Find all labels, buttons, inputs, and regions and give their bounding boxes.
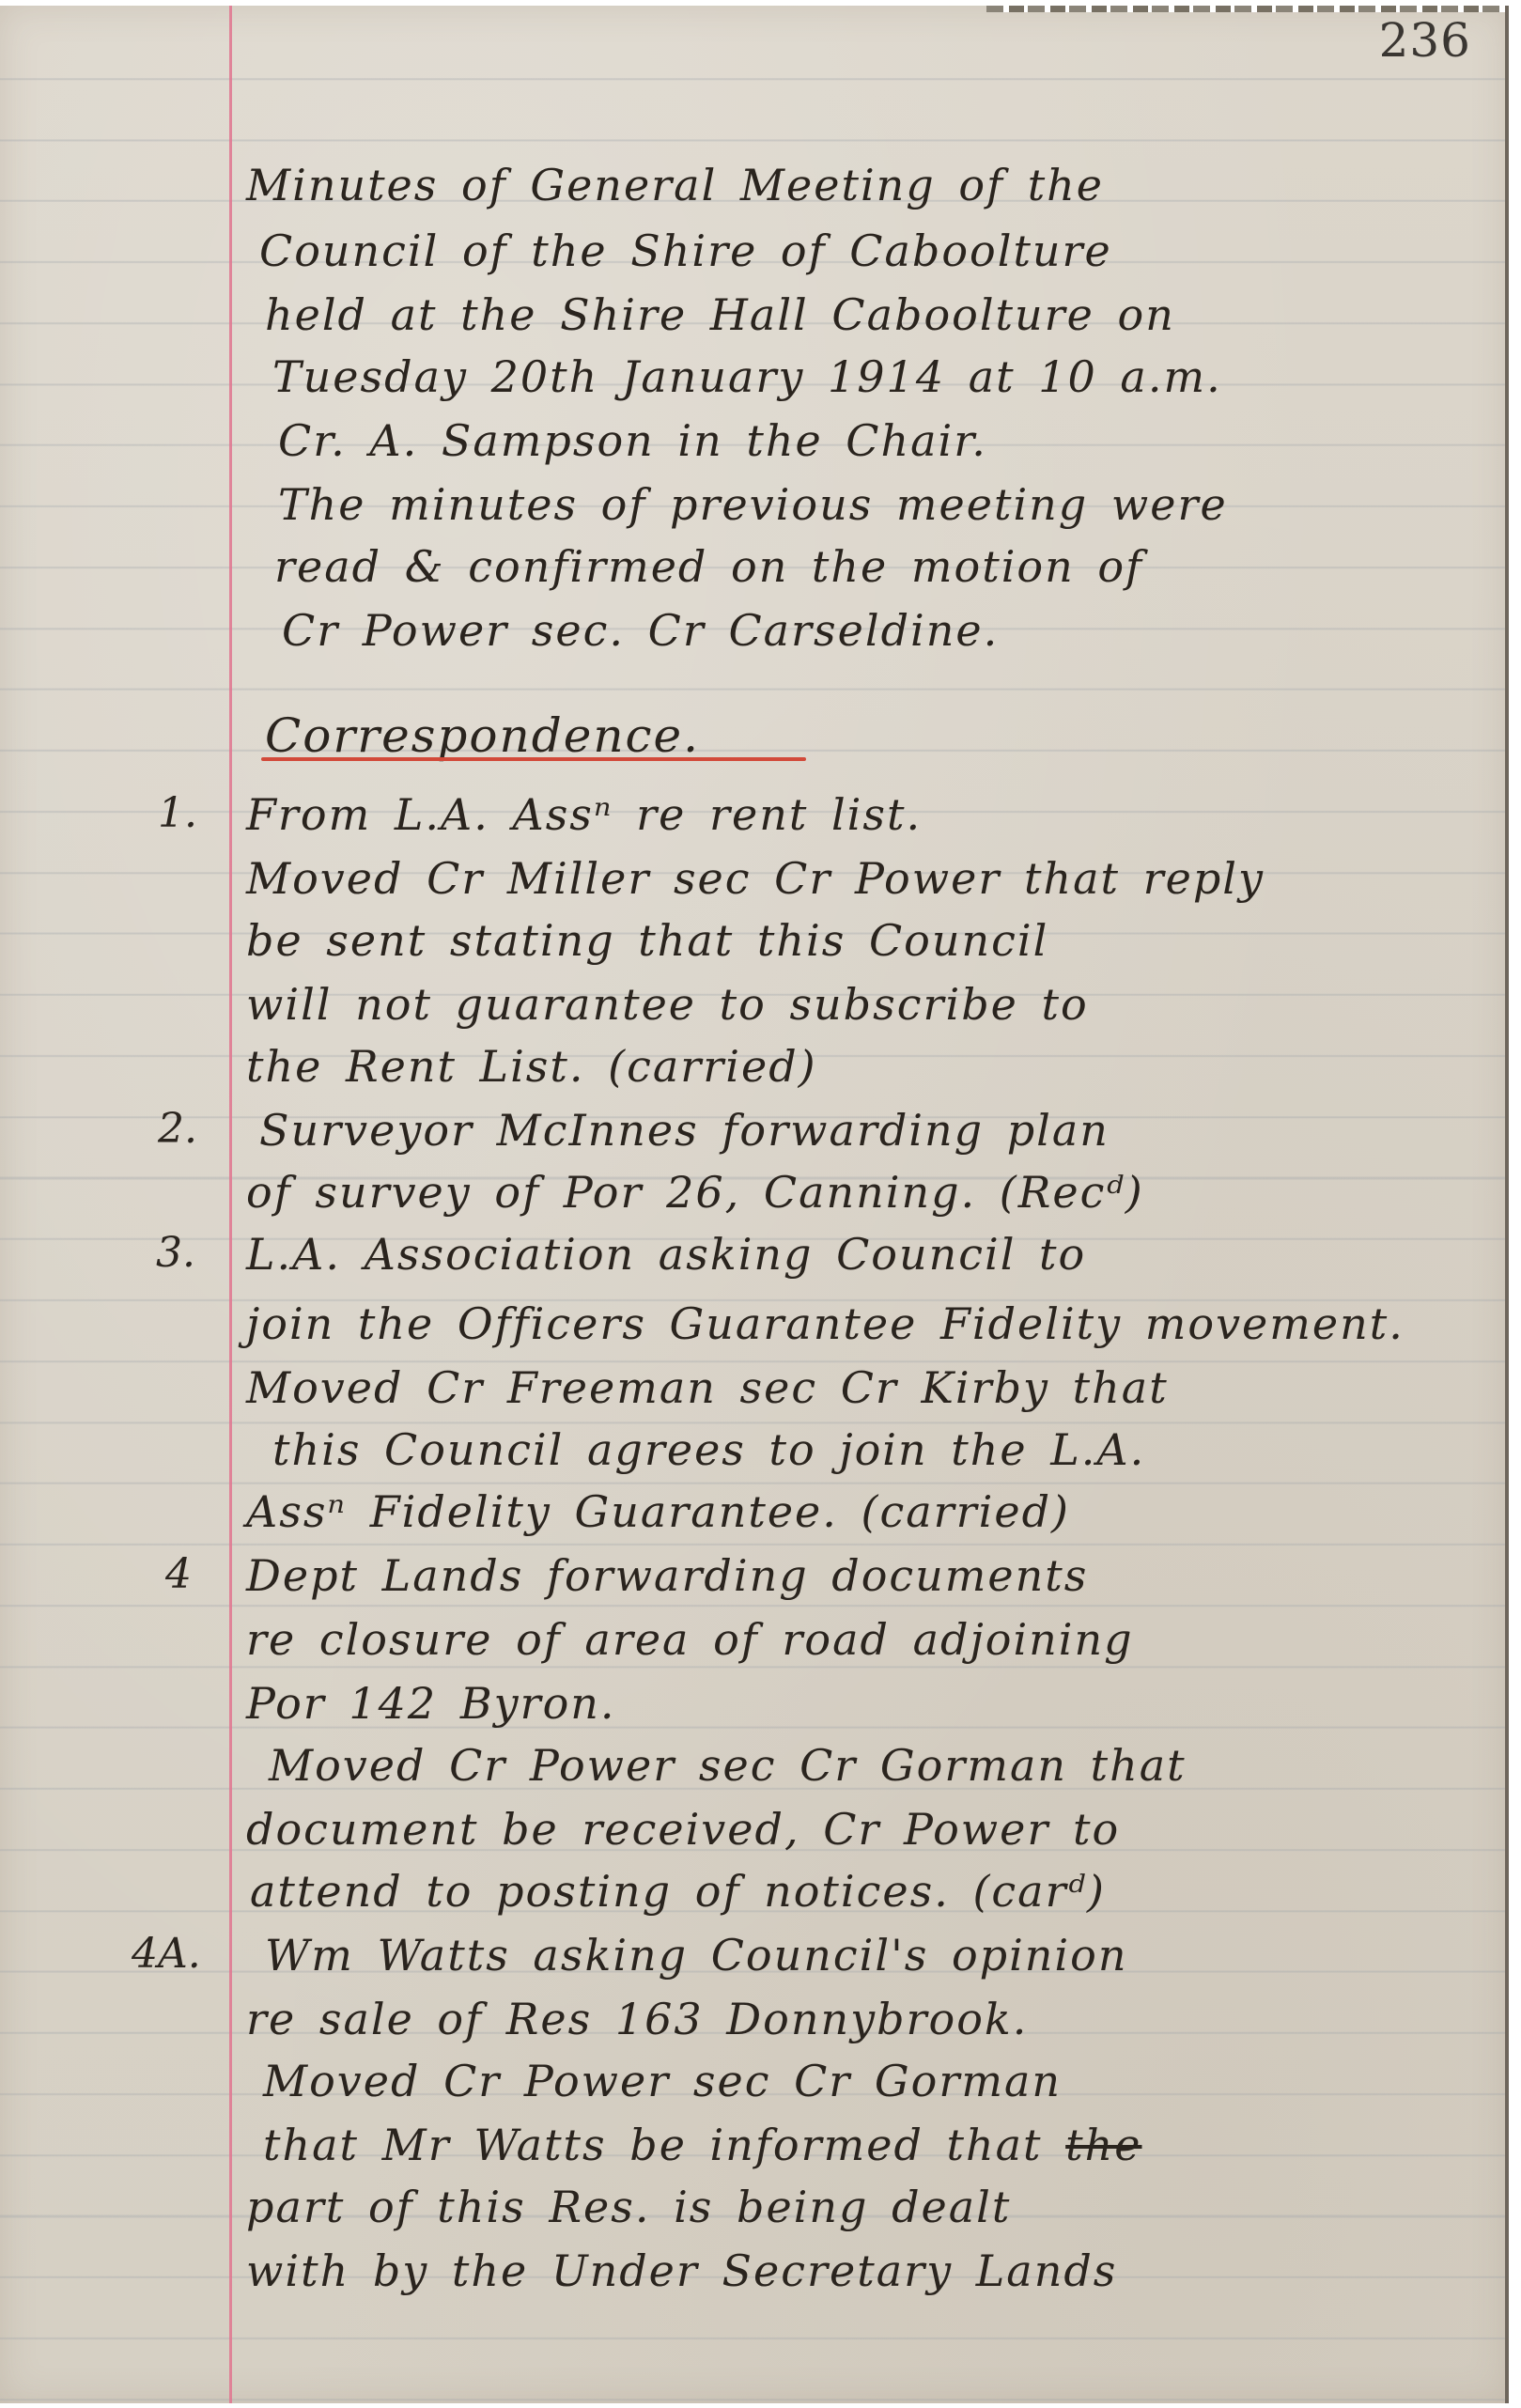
item-3-line-4: this Council agrees to join the L.A. bbox=[272, 1428, 1145, 1471]
item-1-line-2: Moved Cr Miller sec Cr Power that reply bbox=[246, 857, 1265, 900]
item-2-line-2: of survey of Por 26, Canning. (Recᵈ) bbox=[246, 1171, 1144, 1214]
item-4-line-4: Moved Cr Power sec Cr Gorman that bbox=[269, 1744, 1187, 1787]
item-3-line-2: join the Officers Guarantee Fidelity mov… bbox=[246, 1302, 1405, 1345]
item-4-line-6: attend to posting of notices. (carᵈ) bbox=[250, 1870, 1106, 1913]
item-4a-line-3: Moved Cr Power sec Cr Gorman bbox=[263, 2059, 1062, 2103]
chair-line: Cr. A. Sampson in the Chair. bbox=[278, 419, 987, 462]
item-4a-line-6: with by the Under Secretary Lands bbox=[246, 2249, 1117, 2292]
item-3-line-1: L.A. Association asking Council to bbox=[246, 1233, 1086, 1276]
page-number: 236 bbox=[1379, 13, 1471, 68]
item-1-line-1: From L.A. Assⁿ re rent list. bbox=[246, 793, 922, 836]
red-margin-line bbox=[229, 6, 232, 2403]
item-3-line-3: Moved Cr Freeman sec Cr Kirby that bbox=[246, 1366, 1169, 1409]
header-line-2: Council of the Shire of Caboolture bbox=[259, 229, 1112, 272]
item-number-2: 2. bbox=[158, 1109, 197, 1150]
minutes-line-3: Cr Power sec. Cr Carseldine. bbox=[282, 609, 999, 652]
item-number-3: 3. bbox=[156, 1233, 195, 1274]
header-line-3: held at the Shire Hall Caboolture on bbox=[265, 293, 1175, 336]
item-3-line-5: Assⁿ Fidelity Guarantee. (carried) bbox=[246, 1490, 1070, 1533]
correspondence-heading: Correspondence. bbox=[265, 712, 700, 759]
item-4-line-3: Por 142 Byron. bbox=[246, 1682, 616, 1725]
item-4a-line-1: Wm Watts asking Council's opinion bbox=[265, 1934, 1127, 1977]
minutes-line-2: read & confirmed on the motion of bbox=[274, 545, 1143, 588]
minutes-line-1: The minutes of previous meeting were bbox=[278, 483, 1228, 526]
header-line-4: Tuesday 20th January 1914 at 10 a.m. bbox=[272, 355, 1222, 398]
item-4a-line-5: part of this Res. is being dealt bbox=[246, 2185, 1011, 2229]
struck-word: the bbox=[1065, 2120, 1141, 2170]
item-number-1: 1. bbox=[158, 793, 197, 834]
ledger-page: 236 Minutes of General Meeting of the Co… bbox=[0, 6, 1509, 2403]
item-4a-line-2: re sale of Res 163 Donnybrook. bbox=[246, 1997, 1028, 2041]
header-line-1: Minutes of General Meeting of the bbox=[246, 163, 1104, 207]
item-4a-line-4: that Mr Watts be informed that the bbox=[263, 2123, 1142, 2167]
heading-underline bbox=[261, 757, 806, 761]
item-4a-line-4-text: that Mr Watts be informed that bbox=[263, 2120, 1043, 2170]
item-4-line-1: Dept Lands forwarding documents bbox=[246, 1554, 1088, 1597]
item-4-line-5: document be received, Cr Power to bbox=[246, 1808, 1120, 1851]
item-number-4a: 4A. bbox=[132, 1934, 201, 1975]
item-1-line-4: will not guarantee to subscribe to bbox=[246, 983, 1089, 1026]
item-number-4: 4 bbox=[165, 1554, 192, 1595]
item-4-line-2: re closure of area of road adjoining bbox=[246, 1618, 1134, 1661]
item-1-line-3: be sent stating that this Council bbox=[246, 919, 1048, 962]
item-2-line-1: Surveyor McInnes forwarding plan bbox=[259, 1109, 1110, 1152]
item-1-line-5: the Rent List. (carried) bbox=[246, 1045, 817, 1088]
